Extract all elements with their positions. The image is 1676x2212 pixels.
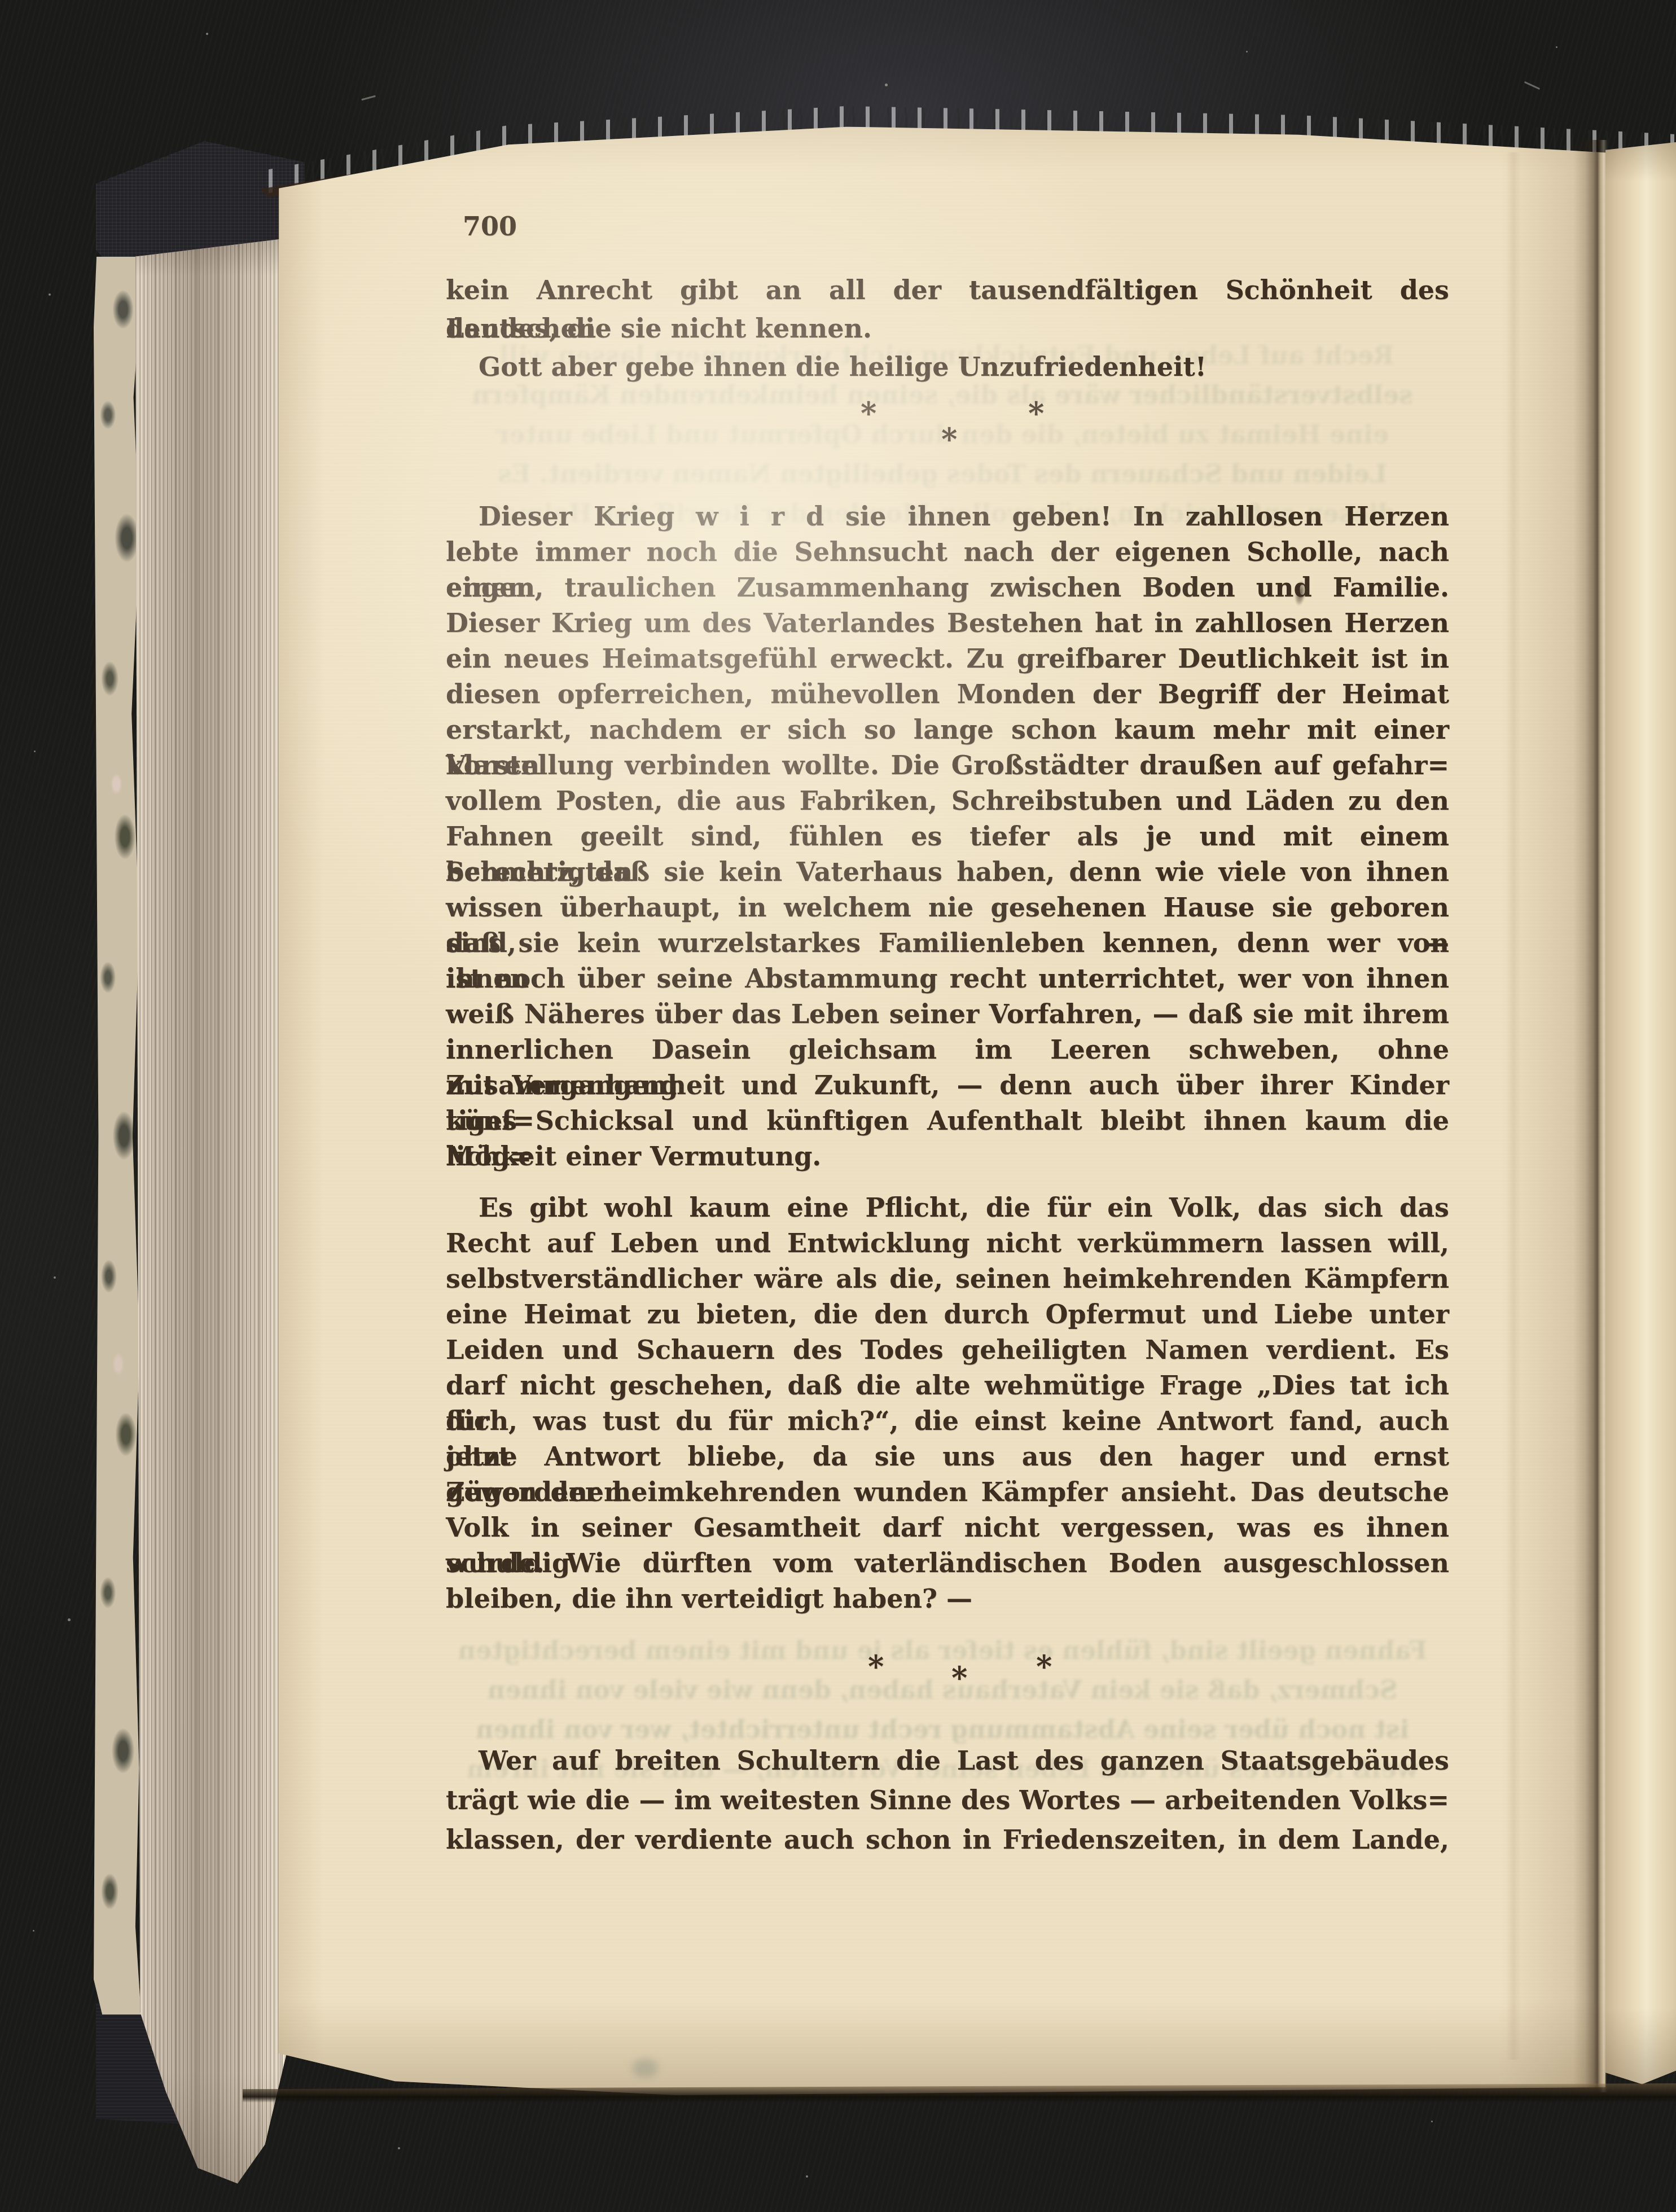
text-line: engen, traulichen Zusammenhang zwischen … (446, 570, 1449, 605)
text-line: ist noch über seine Abstammung recht unt… (446, 961, 1449, 997)
text-line: Gott aber gebe ihnen die heilige Unzufri… (446, 348, 1449, 386)
text-line: ein neues Heimatsgefühl erweckt. Zu grei… (446, 641, 1449, 677)
text-line: erstarkt, nachdem er sich so lange schon… (446, 712, 1449, 748)
text-line: Recht auf Leben und Entwicklung nicht ve… (446, 1226, 1449, 1261)
dust-speck (398, 2147, 400, 2149)
dust-speck (1431, 2121, 1433, 2122)
text-line: dich, was tust du für mich?“, die einst … (446, 1403, 1449, 1439)
text-line: kein Anrecht gibt an all der tausendfält… (446, 271, 1449, 309)
text-line: Es gibt wohl kaum eine Pflicht, die für … (446, 1190, 1449, 1226)
text-line: weiß Näheres über das Leben seiner Vorfa… (446, 997, 1449, 1032)
text-line: vollem Posten, die aus Fabriken, Schreib… (446, 783, 1449, 819)
asterisk-glyph: * (1036, 1648, 1052, 1684)
text-line: wurde. Wie dürften vom vaterländischen B… (446, 1546, 1449, 1581)
paragraph: Wer auf breiten Schultern die Last des g… (446, 1741, 1449, 1859)
dust-speck (885, 84, 888, 86)
text-line: Dieser Krieg w i r d sie ihnen geben! In… (446, 499, 1449, 534)
page-stack-fore-edge (135, 237, 288, 2189)
dust-speck (68, 1618, 71, 1621)
asterisk-separator: * * * (446, 392, 1449, 476)
book-page: Recht auf Leben und Entwicklung nicht ve… (271, 113, 1605, 2099)
dust-speck (1556, 46, 1557, 48)
photo-backdrop: Recht auf Leben und Entwicklung nicht ve… (0, 0, 1676, 2212)
text-line: Wer auf breiten Schultern die Last des g… (446, 1741, 1449, 1780)
dust-speck (206, 33, 208, 35)
text-line: darf nicht geschehen, daß die alte wehmü… (446, 1368, 1449, 1403)
text-line: ohne Antwort bliebe, da sie uns aus den … (446, 1439, 1449, 1474)
text-line: Schmerz, daß sie kein Vaterhaus haben, d… (446, 854, 1449, 890)
paragraph: Gott aber gebe ihnen die heilige Unzufri… (446, 348, 1449, 386)
paragraph: kein Anrecht gibt an all der tausendfält… (446, 271, 1449, 348)
text-line: mit Vergangenheit und Zukunft, — denn au… (446, 1068, 1449, 1103)
dust-speck (54, 1276, 56, 1279)
dust-speck (33, 1930, 34, 1932)
text-line: Vorstellung verbinden wollte. Die Großst… (446, 748, 1449, 783)
fiber-speck (1524, 81, 1540, 90)
text-line: wissen überhaupt, in welchem nie gesehen… (446, 890, 1449, 925)
ghost-signature-mark (632, 2059, 658, 2078)
paragraph: Dieser Krieg w i r d sie ihnen geben! In… (446, 499, 1449, 1174)
text-line: selbstverständlicher wäre als die, seine… (446, 1261, 1449, 1297)
facing-page-sliver (1605, 142, 1676, 2086)
asterisk-glyph: * (861, 395, 876, 431)
text-line: daß sie kein wurzelstarkes Familienleben… (446, 925, 1449, 961)
marbled-cover-edge (94, 257, 141, 2014)
text-line: eine Heimat zu bieten, die den durch Opf… (446, 1297, 1449, 1332)
text-line: Landes, die sie nicht kennen. (446, 309, 1449, 348)
text-line: Volk in seiner Gesamtheit darf nicht ver… (446, 1510, 1449, 1546)
text-line: innerlichen Dasein gleichsam im Leeren s… (446, 1032, 1449, 1068)
asterisk-glyph: * (1028, 395, 1044, 431)
dust-speck (806, 2175, 808, 2178)
text-block: 700 kein Anrecht gibt an all der tausend… (446, 212, 1449, 1859)
text-line: klassen, der verdiente auch schon in Fri… (446, 1820, 1449, 1859)
dust-speck (34, 750, 36, 752)
text-line: tiges Schicksal und künftigen Aufenthalt… (446, 1103, 1449, 1139)
fiber-speck (361, 95, 376, 101)
page-crease (1506, 152, 1521, 2059)
text-line: diesen opferreichen, mühevollen Monden d… (446, 677, 1449, 712)
text-line: Fahnen geeilt sind, fühlen es tiefer als… (446, 819, 1449, 854)
asterisk-glyph: * (868, 1648, 884, 1684)
page-number: 700 (463, 212, 1449, 241)
text-line: trägt wie die — im weitesten Sinne des W… (446, 1780, 1449, 1820)
text-line: Leiden und Schauern des Todes geheiligte… (446, 1332, 1449, 1368)
dust-speck (49, 293, 51, 296)
paragraph: Es gibt wohl kaum eine Pflicht, die für … (446, 1190, 1449, 1617)
text-line: Zügen der heimkehrenden wunden Kämpfer a… (446, 1474, 1449, 1510)
asterisk-glyph: * (951, 1660, 967, 1696)
text-line: Dieser Krieg um des Vaterlandes Bestehen… (446, 605, 1449, 641)
text-line: lichkeit einer Vermutung. (446, 1139, 1449, 1174)
asterisk-glyph: * (941, 421, 957, 457)
text-line: bleiben, die ihn verteidigt haben? — (446, 1581, 1449, 1617)
text-line: lebte immer noch die Sehnsucht nach der … (446, 534, 1449, 570)
dust-speck (1246, 51, 1248, 52)
asterisk-separator: * * * (446, 1646, 1449, 1708)
